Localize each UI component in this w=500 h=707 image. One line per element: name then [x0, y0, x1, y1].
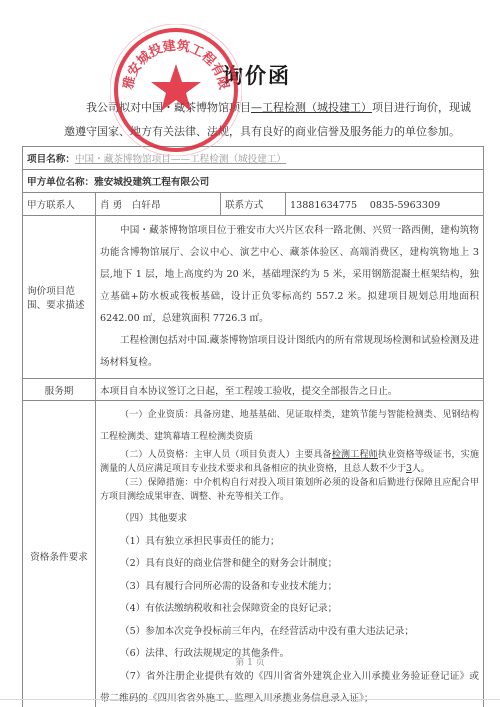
qual-4-item-2: （2）具有良好的商业信誉和健全的财务会计制度；: [100, 553, 479, 576]
phone-label: 联系方式: [221, 193, 286, 216]
intro-line1-underlined: —工程检测（城投建工）: [251, 101, 372, 114]
qual-4-item-3: （3）具有履行合同所必需的设备和专业技术能力；: [100, 576, 479, 599]
inquiry-form-table: 项目名称：中国・藏茶博物馆项目——工程检测（城投建工） 甲方单位名称：雅安城投建…: [22, 146, 484, 707]
seal-text: 雅安城投建筑工程有限公司: [110, 24, 231, 91]
contact-value: 肖 勇 白轩昂: [96, 193, 221, 216]
service-value: 本项目自本协议签订之日起，至工程竣工验收，提交全部报告之日止。: [96, 379, 484, 401]
document-page: 询价函 我公司拟对中国・藏茶博物馆项目—工程检测（城投建工）项目进行询价，现诚 …: [0, 0, 500, 707]
scope-label: 询价项目范围、要求描述: [23, 216, 96, 379]
contact-label: 甲方联系人: [23, 193, 96, 216]
qual-2-title: 检测工程师: [332, 450, 378, 460]
qual-4-item-4: （4）有依法缴纳税收和社会保障资金的良好记录；: [100, 598, 479, 621]
page-title: 询价函: [222, 60, 291, 90]
row-service-period: 服务期 本项目自本协议签订之日起，至工程竣工验收，提交全部报告之日止。: [23, 379, 484, 401]
service-label: 服务期: [23, 379, 96, 401]
svg-text:雅安城投建筑工程有限公司: 雅安城投建筑工程有限公司: [110, 24, 231, 91]
row-contact: 甲方联系人 肖 勇 白轩昂 联系方式 13881634775 0835-5963…: [23, 193, 484, 216]
scope-paragraph-1: 中国・藏茶博物馆项目位于雅安市大兴片区农科一路北侧、兴贸一路西侧，建构筑物功能含…: [100, 220, 479, 330]
page-divider: [0, 699, 500, 700]
qual-4-item-5: （5）参加本次竞争投标前三年内，在经营活动中没有重大违法记录；: [100, 621, 479, 644]
phone-value: 13881634775 0835-5963309: [286, 193, 484, 216]
project-name-value: 中国・藏茶博物馆项目——工程检测（城投建工）: [75, 154, 286, 165]
party-a-value: 雅安城投建筑工程有限公司: [94, 177, 209, 188]
intro-paragraph: 我公司拟对中国・藏茶博物馆项目—工程检测（城投建工）项目进行询价，现诚 邀遵守国…: [64, 96, 474, 144]
scope-paragraph-2: 工程检测包括对中国.藏茶博物馆项目设计图纸内的所有常规现场检测和试验检测及进场材…: [100, 330, 479, 374]
qual-2: （二）人员资格：主审人员（项目负责人）主要具备检测工程师执业资格等级证书，实施测…: [100, 448, 479, 476]
row-scope: 询价项目范围、要求描述 中国・藏茶博物馆项目位于雅安市大兴片区农科一路北侧、兴贸…: [23, 216, 484, 379]
project-name-label: 项目名称：: [27, 154, 75, 165]
row-party-a: 甲方单位名称：雅安城投建筑工程有限公司: [23, 170, 484, 193]
qual-1: （一）企业资质：具备房建、地基基础、见证取样类，建筑节能与智能检测类、见钢结构工…: [100, 404, 479, 448]
qual-3: （三）保障措施：中介机构自行对投入项目策划所必须的设备和后勤进行保障且应配合甲方…: [100, 476, 479, 504]
qual-4-item-7: （7）省外注册企业提供有效的《四川省省外建筑企业入川承揽业务验证登记证》或带二维…: [100, 666, 479, 707]
intro-line2: 邀遵守国家、地方有关法律、法规，具有良好的商业信誉及服务能力的单位参加。: [64, 120, 474, 144]
intro-line1-suffix: 项目进行询价，现诚: [372, 101, 471, 114]
qual-4-item-1: （1）具有独立承担民事责任的能力；: [100, 531, 479, 554]
page-number: 第 1 页: [0, 655, 500, 668]
intro-line1-prefix: 我公司拟对中国・藏茶博物馆项目: [86, 101, 251, 114]
party-a-label: 甲方单位名称：: [27, 177, 94, 188]
row-project-name: 项目名称：中国・藏茶博物馆项目——工程检测（城投建工）: [23, 147, 484, 170]
qual-4-heading: （四）其他要求: [100, 508, 479, 531]
